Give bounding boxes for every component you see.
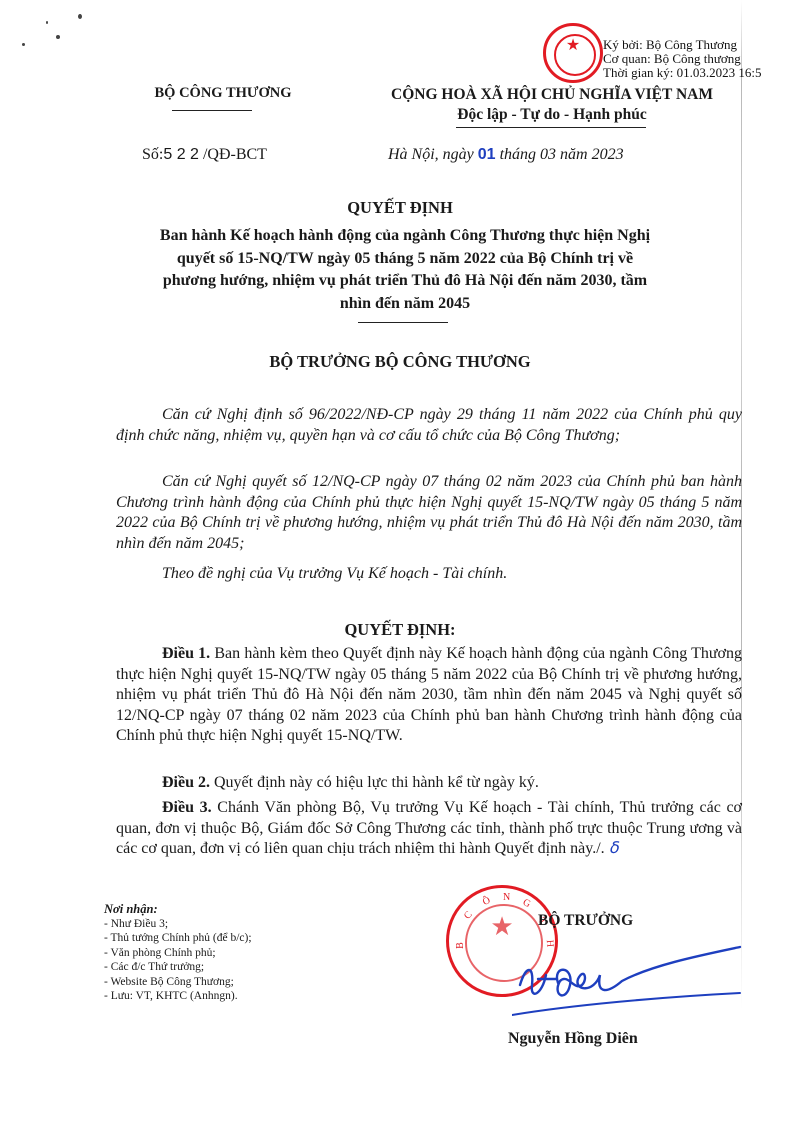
- initial-mark-icon: ẟ: [609, 840, 619, 857]
- national-header: CỘNG HOÀ XÃ HỘI CHỦ NGHĨA VIỆT NAM Độc l…: [342, 85, 762, 125]
- signer-name: Nguyễn Hồng Diên: [508, 1030, 638, 1048]
- article-text: Ban hành kèm theo Quyết định này Kế hoạc…: [116, 645, 742, 744]
- recipient-item: - Các đ/c Thứ trưởng;: [104, 960, 252, 975]
- document-number: Số:5 2 2 /QĐ-BCT: [142, 146, 267, 164]
- nation-name: CỘNG HOÀ XÃ HỘI CHỦ NGHĨA VIỆT NAM: [342, 85, 762, 105]
- scan-speck: [46, 21, 48, 24]
- preamble-paragraph: Căn cứ Nghị quyết số 12/NQ-CP ngày 07 th…: [116, 472, 742, 554]
- decision-heading: QUYẾT ĐỊNH:: [0, 620, 800, 640]
- article-label: Điều 1.: [162, 645, 210, 662]
- date-day: 01: [478, 146, 496, 163]
- document-number-value: 5 2 2: [163, 146, 199, 163]
- issuer-underline: [172, 110, 252, 111]
- article-label: Điều 2.: [162, 774, 210, 791]
- signing-time: Thời gian ký: 01.03.2023 16:5: [603, 66, 762, 80]
- preamble-paragraph: Theo đề nghị của Vụ trưởng Vụ Kế hoạch -…: [116, 564, 742, 585]
- signer-title: BỘ TRƯỞNG: [538, 912, 633, 930]
- scan-speck: [56, 35, 60, 39]
- issuer-name: BỘ CÔNG THƯƠNG: [118, 85, 328, 102]
- handwritten-signature-icon: [512, 945, 742, 1025]
- article-3: Điều 3. Chánh Văn phòng Bộ, Vụ trưởng Vụ…: [116, 798, 742, 860]
- document-subtitle: Ban hành Kế hoạch hành động của ngành Cô…: [150, 225, 660, 315]
- article-text: Quyết định này có hiệu lực thi hành kể t…: [210, 774, 539, 791]
- scan-speck: [22, 43, 25, 46]
- document-date: Hà Nội, ngày 01 tháng 03 năm 2023: [388, 146, 624, 164]
- recipients-heading: Nơi nhận:: [104, 902, 252, 917]
- preamble-paragraph: Căn cứ Nghị định số 96/2022/NĐ-CP ngày 2…: [116, 405, 742, 446]
- recipient-item: - Lưu: VT, KHTC (Anhngn).: [104, 989, 252, 1004]
- digital-signature-stamp-icon: ★: [543, 23, 603, 83]
- recipients-block: Nơi nhận: - Như Điều 3; - Thủ tướng Chín…: [104, 902, 252, 1004]
- issuer-header: BỘ CÔNG THƯƠNG: [118, 85, 328, 102]
- digital-signature-info: Ký bởi: Bộ Công Thương Cơ quan: Bộ Công …: [603, 38, 762, 80]
- national-motto: Độc lập - Tự do - Hạnh phúc: [342, 105, 762, 125]
- date-month: 03: [540, 146, 556, 163]
- article-label: Điều 3.: [162, 799, 212, 816]
- article-1: Điều 1. Ban hành kèm theo Quyết định này…: [116, 644, 742, 747]
- signed-by: Ký bởi: Bộ Công Thương: [603, 38, 762, 52]
- recipient-item: - Website Bộ Công Thương;: [104, 975, 252, 990]
- motto-underline: [456, 127, 646, 128]
- signing-agency: Cơ quan: Bộ Công thương: [603, 52, 762, 66]
- recipient-item: - Thủ tướng Chính phủ (để b/c);: [104, 931, 252, 946]
- subtitle-underline: [358, 322, 448, 323]
- document-title: QUYẾT ĐỊNH: [0, 198, 800, 218]
- recipient-item: - Văn phòng Chính phủ;: [104, 946, 252, 961]
- article-2: Điều 2. Quyết định này có hiệu lực thi h…: [116, 773, 742, 794]
- scan-speck: [78, 14, 82, 19]
- issuing-authority: BỘ TRƯỞNG BỘ CÔNG THƯƠNG: [0, 352, 800, 372]
- recipient-item: - Như Điều 3;: [104, 917, 252, 932]
